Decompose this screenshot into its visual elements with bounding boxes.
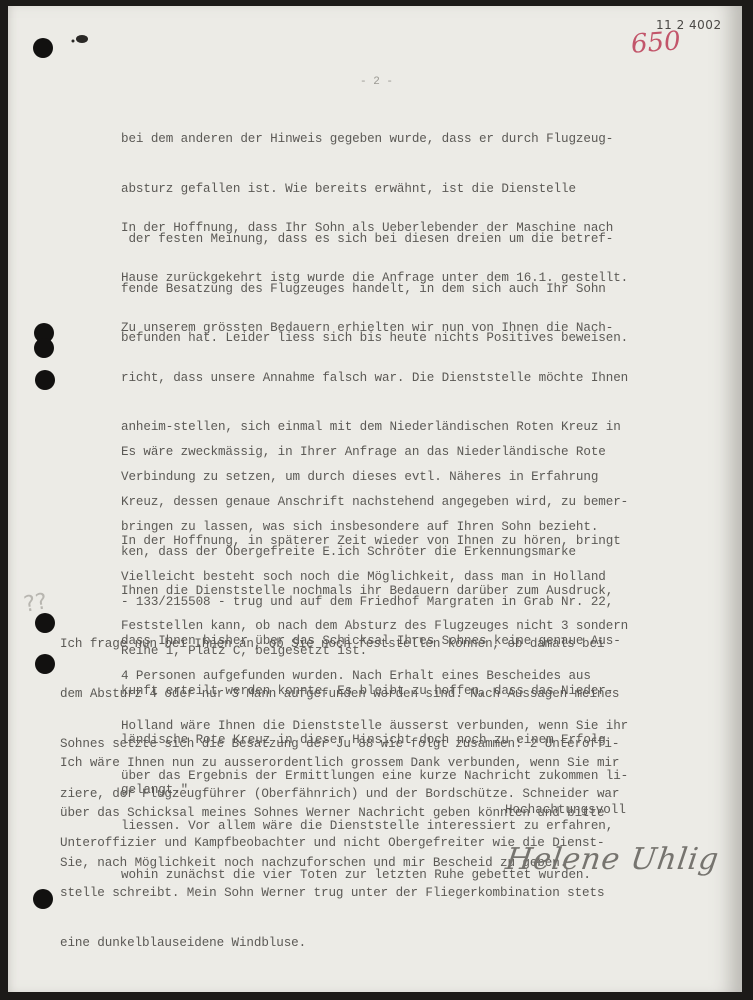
- text-line: dem Absturz 4 oder nur 3 Mann aufgefunde…: [60, 686, 619, 703]
- text-line: bei dem anderen der Hinweis gegeben wurd…: [121, 131, 628, 148]
- folio-number: 650: [630, 26, 682, 59]
- text-line: Ich frage nun bei Ihnen an, ob Sie noch …: [60, 636, 619, 653]
- text-line: Es wäre zweckmässig, in Ihrer Anfrage an…: [121, 444, 628, 461]
- text-line: richt, dass unsere Annahme falsch war. D…: [121, 370, 628, 387]
- text-line: Ihnen die Dienststelle nochmals ihr Beda…: [121, 583, 621, 600]
- punch-hole: [33, 38, 53, 58]
- punch-hole: [35, 613, 55, 633]
- punch-hole: [33, 889, 53, 909]
- signature: Helene Uhlig: [504, 842, 722, 877]
- punch-hole: [35, 654, 55, 674]
- closing-salutation: Hochachtungsvoll: [505, 803, 626, 817]
- text-line: In der Hoffnung, dass Ihr Sohn als Ueber…: [121, 220, 628, 237]
- margin-annotation: ??: [22, 589, 49, 618]
- text-line: Zu unserem grössten Bedauern erhielten w…: [121, 320, 628, 337]
- text-line: Hause zurückgekehrt istg wurde die Anfra…: [121, 270, 628, 287]
- ink-smudge-icon: [70, 34, 90, 44]
- text-line: In der Hoffnung, in späterer Zeit wieder…: [121, 533, 621, 550]
- text-line: eine dunkelblauseidene Windbluse.: [60, 935, 619, 952]
- document-page: 11 2 4002 650 - 2 - ?? bei dem anderen d…: [8, 6, 742, 992]
- punch-hole: [34, 338, 54, 358]
- page-marker: - 2 -: [360, 76, 393, 88]
- text-line: Ich wäre Ihnen nun zu ausserordentlich g…: [60, 755, 619, 772]
- punch-hole: [35, 370, 55, 390]
